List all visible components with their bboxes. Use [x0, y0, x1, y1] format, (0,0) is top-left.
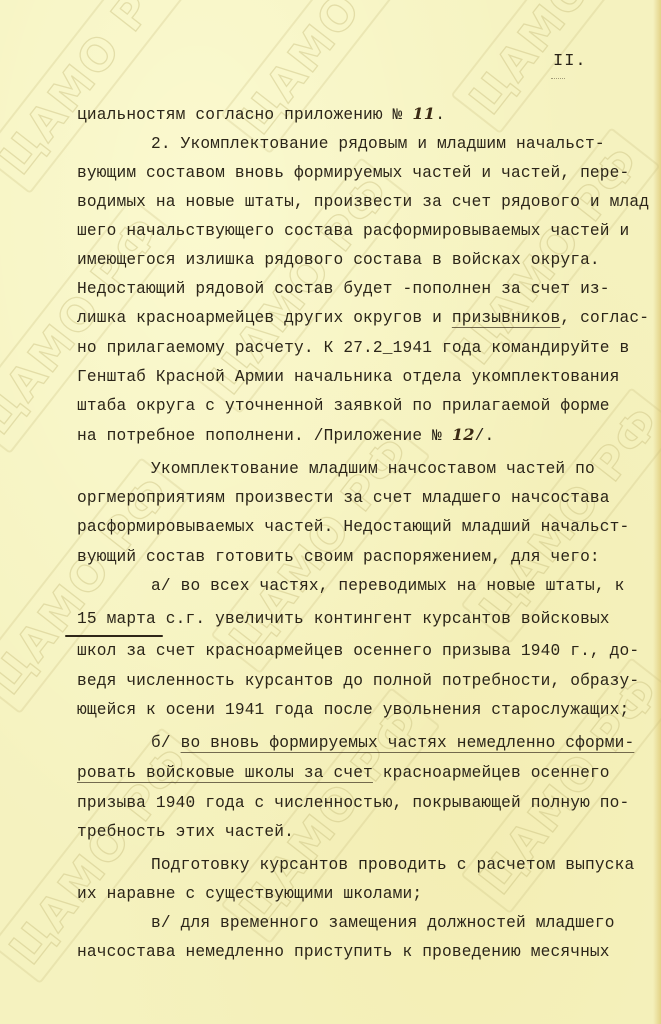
text-line: водимых на новые штаты, произвести за сч… [77, 192, 649, 212]
text-line: на потребное пополнени. /Приложение № 12… [77, 425, 494, 446]
text-line: б/ во вновь формируемых частях немедленн… [151, 733, 634, 753]
text-line: циальностям согласно приложению № 11. [77, 104, 445, 125]
text-line: 15 марта с.г. увеличить контингент курса… [77, 609, 610, 629]
text-line: призыва 1940 года с численностью, покрыв… [77, 793, 629, 813]
text-line: вующий состав готовить своим распоряжени… [77, 547, 600, 567]
handwritten-appendix-number: 12 [452, 425, 475, 444]
underlined-text: во вновь формируемых частях немедленно с… [181, 734, 635, 752]
handwritten-appendix-number: 11 [412, 104, 435, 123]
text-line: шего начальствующего состава расформиров… [77, 221, 629, 241]
text-line: имеющегося излишка рядового состава в во… [77, 250, 600, 270]
text-line: лишка красноармейцев других округов и пр… [77, 308, 649, 328]
text-line: штаба округа с уточненной заявкой по при… [77, 396, 610, 416]
text-line: расформировываемых частей. Недостающий м… [77, 517, 629, 537]
text-line: их наравне с существующими школами; [77, 884, 422, 904]
text-line: оргмероприятиям произвести за счет младш… [77, 488, 610, 508]
handwritten-underline [65, 635, 163, 637]
text-line: ющейся к осени 1941 года после увольнени… [77, 700, 629, 720]
text-line: в/ для временного замещения должностей м… [151, 913, 615, 933]
text-line: но прилагаемому расчету. К 27.2_1941 год… [77, 338, 629, 358]
text-line: Генштаб Красной Армии начальника отдела … [77, 367, 620, 387]
text-line: вующим составом вновь формируемых частей… [77, 163, 629, 183]
page-number-dots [551, 78, 565, 81]
text-line: школ за счет красноармейцев осеннего при… [77, 641, 639, 661]
text-line: начсостава немедленно приступить к прове… [77, 942, 610, 962]
text-line: ровать войсковые школы за счет красноарм… [77, 763, 610, 783]
page-edge [653, 0, 661, 1024]
text-line: Недостающий рядовой состав будет -пополн… [77, 279, 610, 299]
text-line: ведя численность курсантов до полной пот… [77, 671, 639, 691]
underlined-text: призывников [452, 309, 561, 327]
text-line: а/ во всех частях, переводимых на новые … [151, 576, 624, 596]
underlined-text: ровать войсковые школы за счет [77, 764, 373, 782]
text-line: требность этих частей. [77, 822, 294, 842]
text-line: Укомплектование младшим начсоставом част… [151, 459, 595, 479]
text-line: Подготовку курсантов проводить с расчето… [151, 855, 634, 875]
text-line: 2. Укомплектование рядовым и младшим нач… [151, 134, 605, 154]
page-number: II. [553, 52, 587, 71]
